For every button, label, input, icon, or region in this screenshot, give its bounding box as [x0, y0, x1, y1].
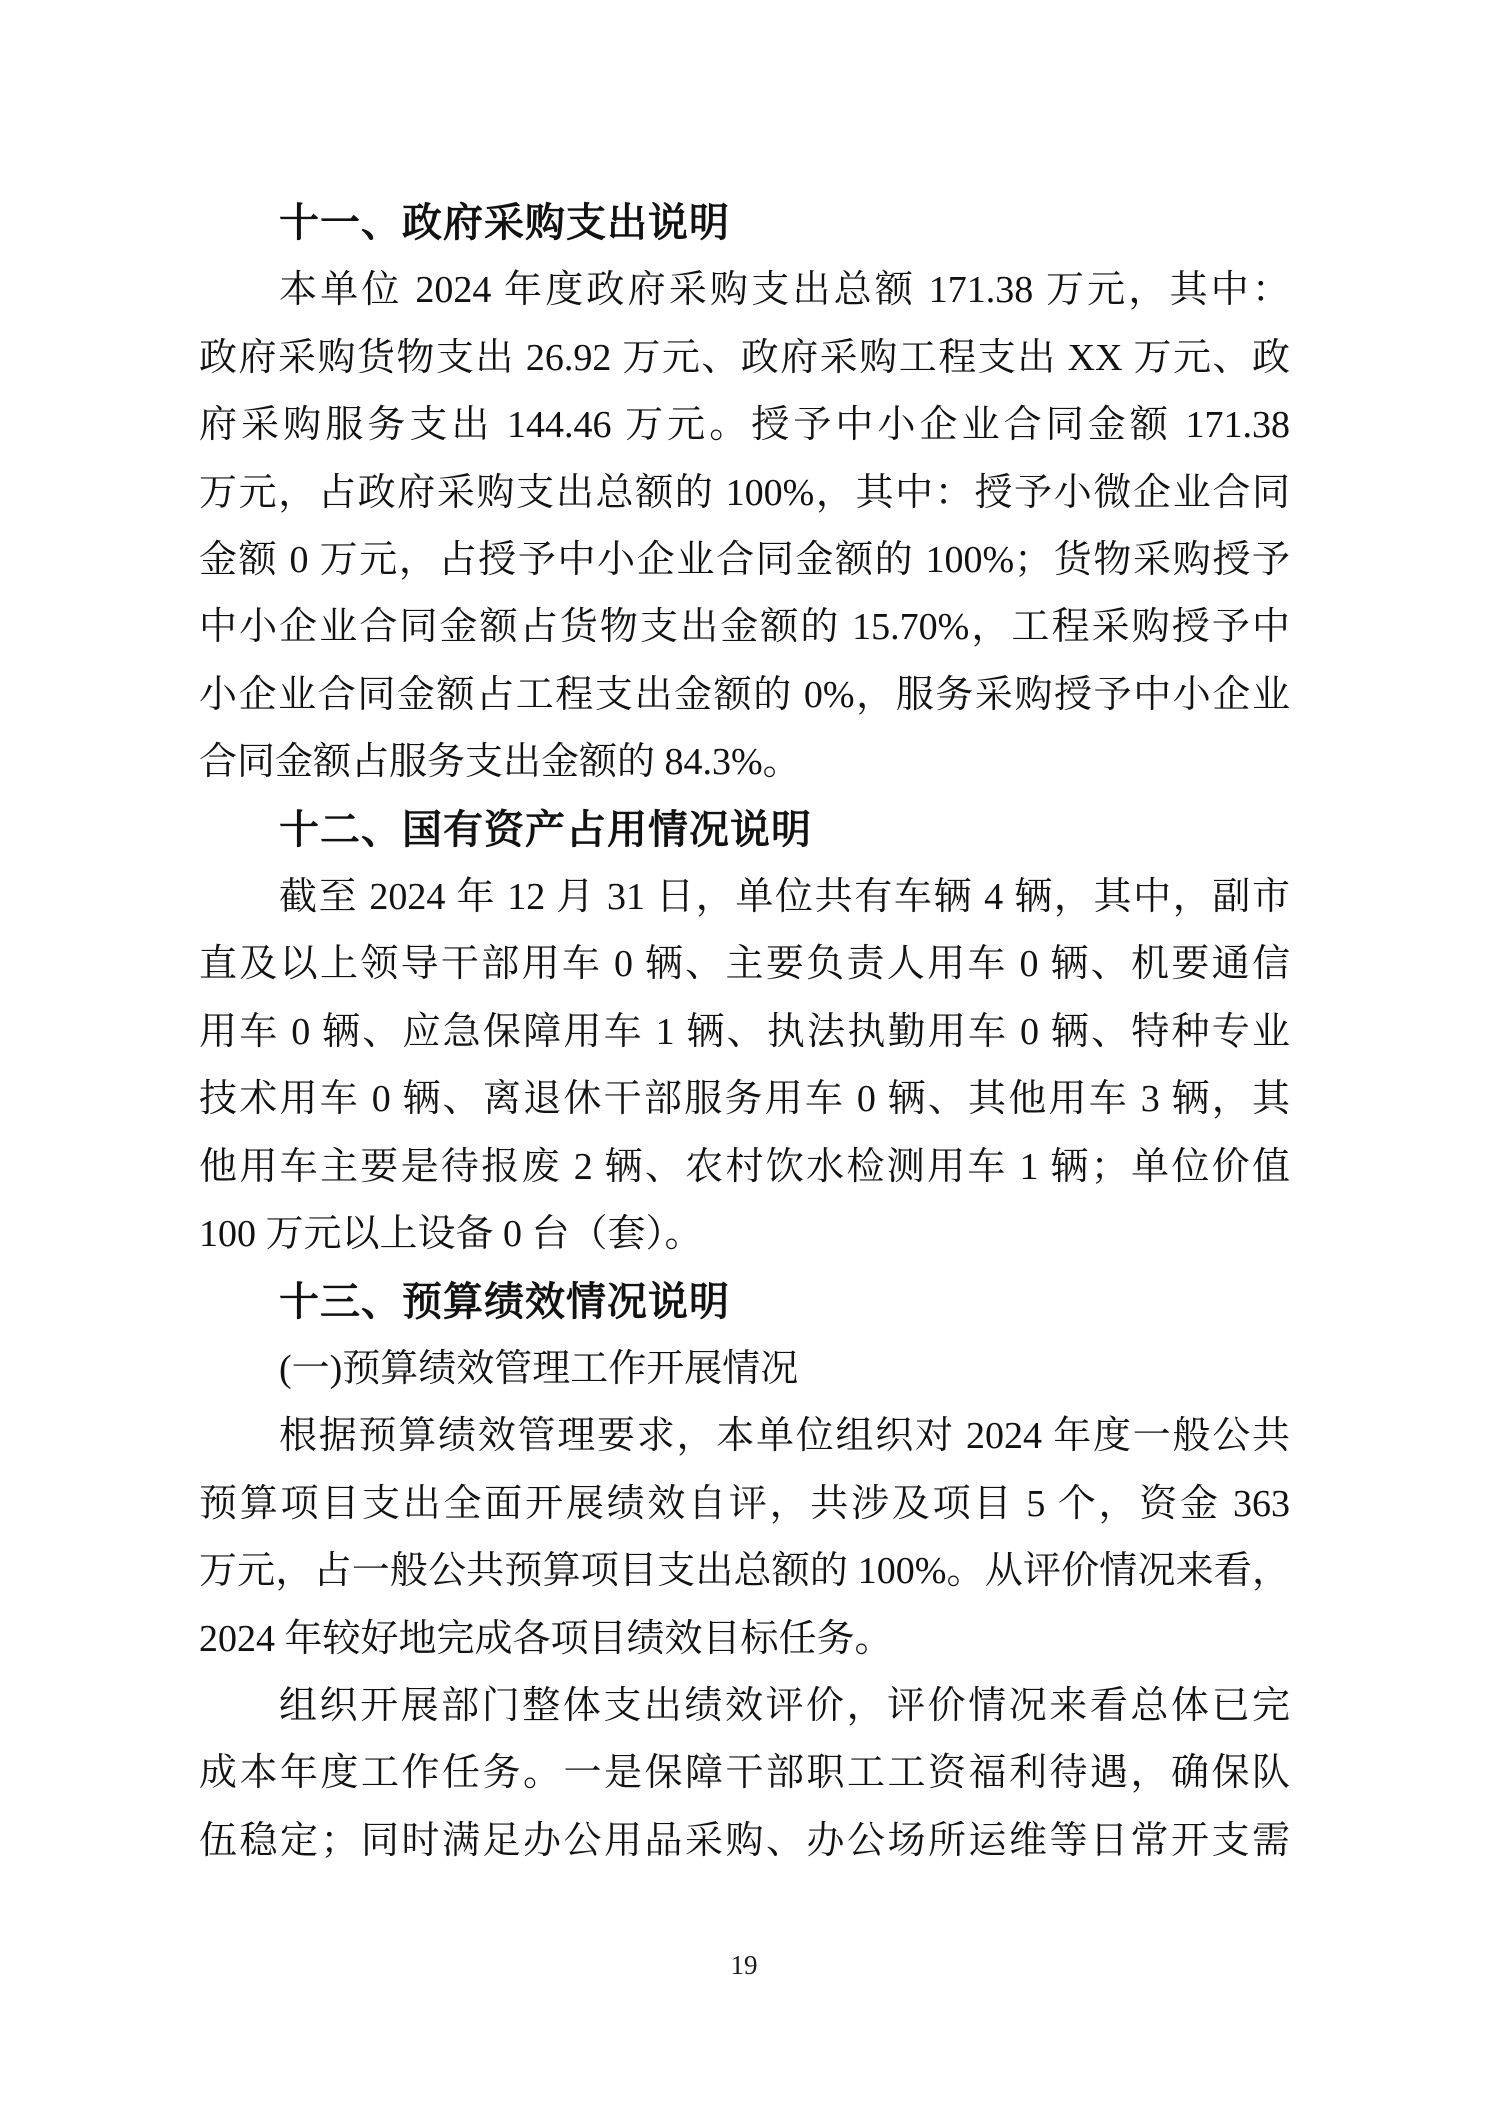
- document-page: 十一、政府采购支出说明 本单位 2024 年度政府采购支出总额 171.38 万…: [0, 0, 1488, 2104]
- body-line: 用车 0 辆、应急保障用车 1 辆、执法执勤用车 0 辆、特种专业: [199, 999, 1290, 1066]
- body-line: 100 万元以上设备 0 台（套）。: [199, 1201, 1290, 1268]
- heading-section-11: 十一、政府采购支出说明: [199, 190, 1290, 257]
- subheading-performance: (一)预算绩效管理工作开展情况: [199, 1336, 1290, 1403]
- body-line: 府采购服务支出 144.46 万元。授予中小企业合同金额 171.38: [199, 392, 1290, 459]
- body-line: 2024 年较好地完成各项目绩效目标任务。: [199, 1606, 1290, 1673]
- page-number: 19: [0, 1948, 1488, 1982]
- body-line: 他用车主要是待报废 2 辆、农村饮水检测用车 1 辆；单位价值: [199, 1134, 1290, 1201]
- body-line: 直及以上领导干部用车 0 辆、主要负责人用车 0 辆、机要通信: [199, 931, 1290, 998]
- body-line: 根据预算绩效管理要求，本单位组织对 2024 年度一般公共: [199, 1403, 1290, 1470]
- body-line: 成本年度工作任务。一是保障干部职工工资福利待遇，确保队: [199, 1740, 1290, 1807]
- body-line: 万元，占一般公共预算项目支出总额的 100%。从评价情况来看，: [199, 1538, 1290, 1605]
- heading-section-13: 十三、预算绩效情况说明: [199, 1269, 1290, 1336]
- body-line: 伍稳定；同时满足办公用品采购、办公场所运维等日常开支需: [199, 1808, 1290, 1875]
- body-line: 截至 2024 年 12 月 31 日，单位共有车辆 4 辆，其中，副市: [199, 864, 1290, 931]
- text-block: 十一、政府采购支出说明 本单位 2024 年度政府采购支出总额 171.38 万…: [199, 190, 1290, 1875]
- body-line: 万元，占政府采购支出总额的 100%，其中：授予小微企业合同: [199, 460, 1290, 527]
- heading-section-12: 十二、国有资产占用情况说明: [199, 797, 1290, 864]
- body-line: 技术用车 0 辆、离退休干部服务用车 0 辆、其他用车 3 辆，其: [199, 1066, 1290, 1133]
- body-line: 本单位 2024 年度政府采购支出总额 171.38 万元，其中：: [199, 257, 1290, 324]
- body-line: 小企业合同金额占工程支出金额的 0%，服务采购授予中小企业: [199, 662, 1290, 729]
- body-line: 预算项目支出全面开展绩效自评，共涉及项目 5 个，资金 363: [199, 1471, 1290, 1538]
- body-line: 组织开展部门整体支出绩效评价，评价情况来看总体已完: [199, 1673, 1290, 1740]
- body-line: 金额 0 万元，占授予中小企业合同金额的 100%；货物采购授予: [199, 527, 1290, 594]
- body-line: 政府采购货物支出 26.92 万元、政府采购工程支出 XX 万元、政: [199, 325, 1290, 392]
- body-line: 合同金额占服务支出金额的 84.3%。: [199, 729, 1290, 796]
- body-line: 中小企业合同金额占货物支出金额的 15.70%，工程采购授予中: [199, 594, 1290, 661]
